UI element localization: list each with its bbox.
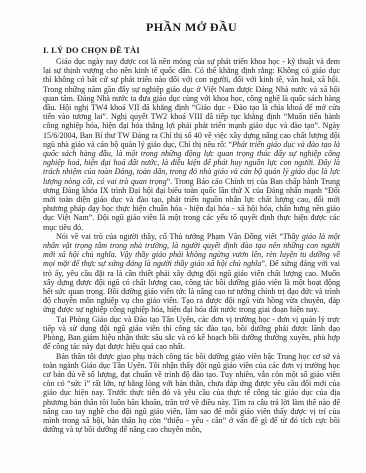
- document-body: Giáo dục ngày nay được coi là nền móng c…: [43, 57, 340, 434]
- page-title: PHẦN MỞ ĐẦU: [43, 20, 340, 34]
- text-segment: Giáo dục ngày nay được coi là nền móng c…: [43, 57, 340, 149]
- paragraph: Bản thân tôi được giao phụ trách công tá…: [43, 352, 340, 435]
- section-heading: I. LÝ DO CHỌN ĐỀ TÀI: [43, 45, 340, 55]
- paragraph: Nói về vai trò của người thầy, cố Thủ tư…: [43, 232, 340, 315]
- paragraph: Giáo dục ngày nay được coi là nền móng c…: [43, 57, 340, 232]
- document-page: PHẦN MỞ ĐẦU I. LÝ DO CHỌN ĐỀ TÀI Giáo dụ…: [0, 0, 366, 473]
- text-segment: Bản thân tôi được giao phụ trách công tá…: [43, 352, 340, 435]
- text-segment: ”. Trong Báo cáo Chính trị của Ban chấp …: [43, 177, 340, 232]
- text-segment: ”. Để xứng đáng với vai trò ấy, yêu cầu …: [43, 259, 340, 314]
- paragraph: Tại Phòng Giáo dục và Đào tạo Tân Uyên, …: [43, 315, 340, 352]
- text-segment: Nói về vai trò của người thầy, cố Thủ tư…: [56, 232, 283, 241]
- text-segment: Tại Phòng Giáo dục và Đào tạo Tân Uyên, …: [43, 315, 340, 352]
